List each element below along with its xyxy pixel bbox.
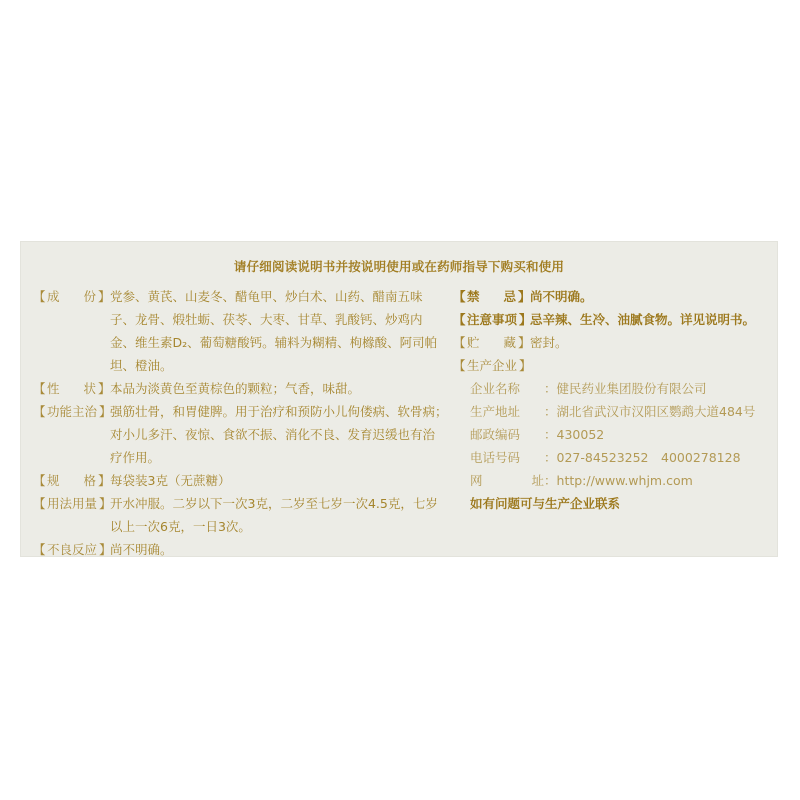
postal-code-value: 430052 [557,423,605,446]
appearance-value: 本品为淡黄色至黄棕色的颗粒；气香，味甜。 [110,377,453,400]
phone-key: 电话号码 [470,446,544,469]
ingredients-value: 党参、黄芪、山麦冬、醋龟甲、炒白术、山药、醋南五味 子、龙骨、煅牡蛎、茯苓、大枣… [110,285,453,377]
manufacturer-heading: 【生产企业】 [453,354,530,377]
precautions-label: 【注意事项】 [453,308,530,331]
postal-code-key: 邮政编码 [470,423,544,446]
website-row: 网址： http://www.whjm.com [453,469,773,492]
ingredients-label: 【成份】 [33,285,110,308]
contraindication-row: 【禁忌】 尚不明确。 [453,285,773,308]
manufacturer-heading-row: 【生产企业】 [453,354,773,377]
postal-code-row: 邮政编码： 430052 [453,423,773,446]
specification-label: 【规格】 [33,469,110,492]
phone-value: 027-84523252 4000278128 [557,446,741,469]
appearance-row: 【性状】 本品为淡黄色至黄棕色的颗粒；气香，味甜。 [33,377,453,400]
right-column: 【禁忌】 尚不明确。 【注意事项】 忌辛辣、生冷、油腻食物。详见说明书。 【贮藏… [453,285,773,515]
adverse-reactions-label: 【不良反应】 [33,538,110,561]
precautions-value: 忌辛辣、生冷、油腻食物。详见说明书。 [530,308,773,331]
company-name-key: 企业名称 [470,377,544,400]
ingredients-row: 【成份】 党参、黄芪、山麦冬、醋龟甲、炒白术、山药、醋南五味 子、龙骨、煅牡蛎、… [33,285,453,377]
indications-label: 【功能主治】 [33,400,110,423]
contraindication-value: 尚不明确。 [530,285,773,308]
adverse-reactions-row: 【不良反应】 尚不明确。 [33,538,453,561]
dosage-label: 【用法用量】 [33,492,110,515]
precautions-row: 【注意事项】 忌辛辣、生冷、油腻食物。详见说明书。 [453,308,773,331]
dosage-row: 【用法用量】 开水冲服。二岁以下一次3克，二岁至七岁一次4.5克，七岁 以上一次… [33,492,453,538]
specification-value: 每袋装3克（无蔗糖） [110,469,453,492]
left-column: 【成份】 党参、黄芪、山麦冬、醋龟甲、炒白术、山药、醋南五味 子、龙骨、煅牡蛎、… [33,285,453,561]
storage-row: 【贮藏】 密封。 [453,331,773,354]
headline-notice: 请仔细阅读说明书并按说明使用或在药师指导下购买和使用 [20,257,778,275]
contact-note: 如有问题可与生产企业联系 [453,492,773,515]
address-value: 湖北省武汉市汉阳区鹦鹉大道484号 [557,400,756,423]
address-row: 生产地址： 湖北省武汉市汉阳区鹦鹉大道484号 [453,400,773,423]
storage-label: 【贮藏】 [453,331,530,354]
storage-value: 密封。 [530,331,773,354]
appearance-label: 【性状】 [33,377,110,400]
indications-row: 【功能主治】 强筋壮骨，和胃健脾。用于治疗和预防小儿佝偻病、软骨病； 对小儿多汗… [33,400,453,469]
adverse-reactions-value: 尚不明确。 [110,538,453,561]
dosage-value: 开水冲服。二岁以下一次3克，二岁至七岁一次4.5克，七岁 以上一次6克，一日3次… [110,492,453,538]
website-key: 网址 [470,469,544,492]
specification-row: 【规格】 每袋装3克（无蔗糖） [33,469,453,492]
website-link: http://www.whjm.com [557,469,693,492]
address-key: 生产地址 [470,400,544,423]
company-name-value: 健民药业集团股份有限公司 [557,377,707,400]
package-info-panel: 请仔细阅读说明书并按说明使用或在药师指导下购买和使用 【成份】 党参、黄芪、山麦… [20,241,778,557]
company-name-row: 企业名称： 健民药业集团股份有限公司 [453,377,773,400]
indications-value: 强筋壮骨，和胃健脾。用于治疗和预防小儿佝偻病、软骨病； 对小儿多汗、夜惊、食欲不… [110,400,453,469]
phone-row: 电话号码： 027-84523252 4000278128 [453,446,773,469]
contraindication-label: 【禁忌】 [453,285,530,308]
